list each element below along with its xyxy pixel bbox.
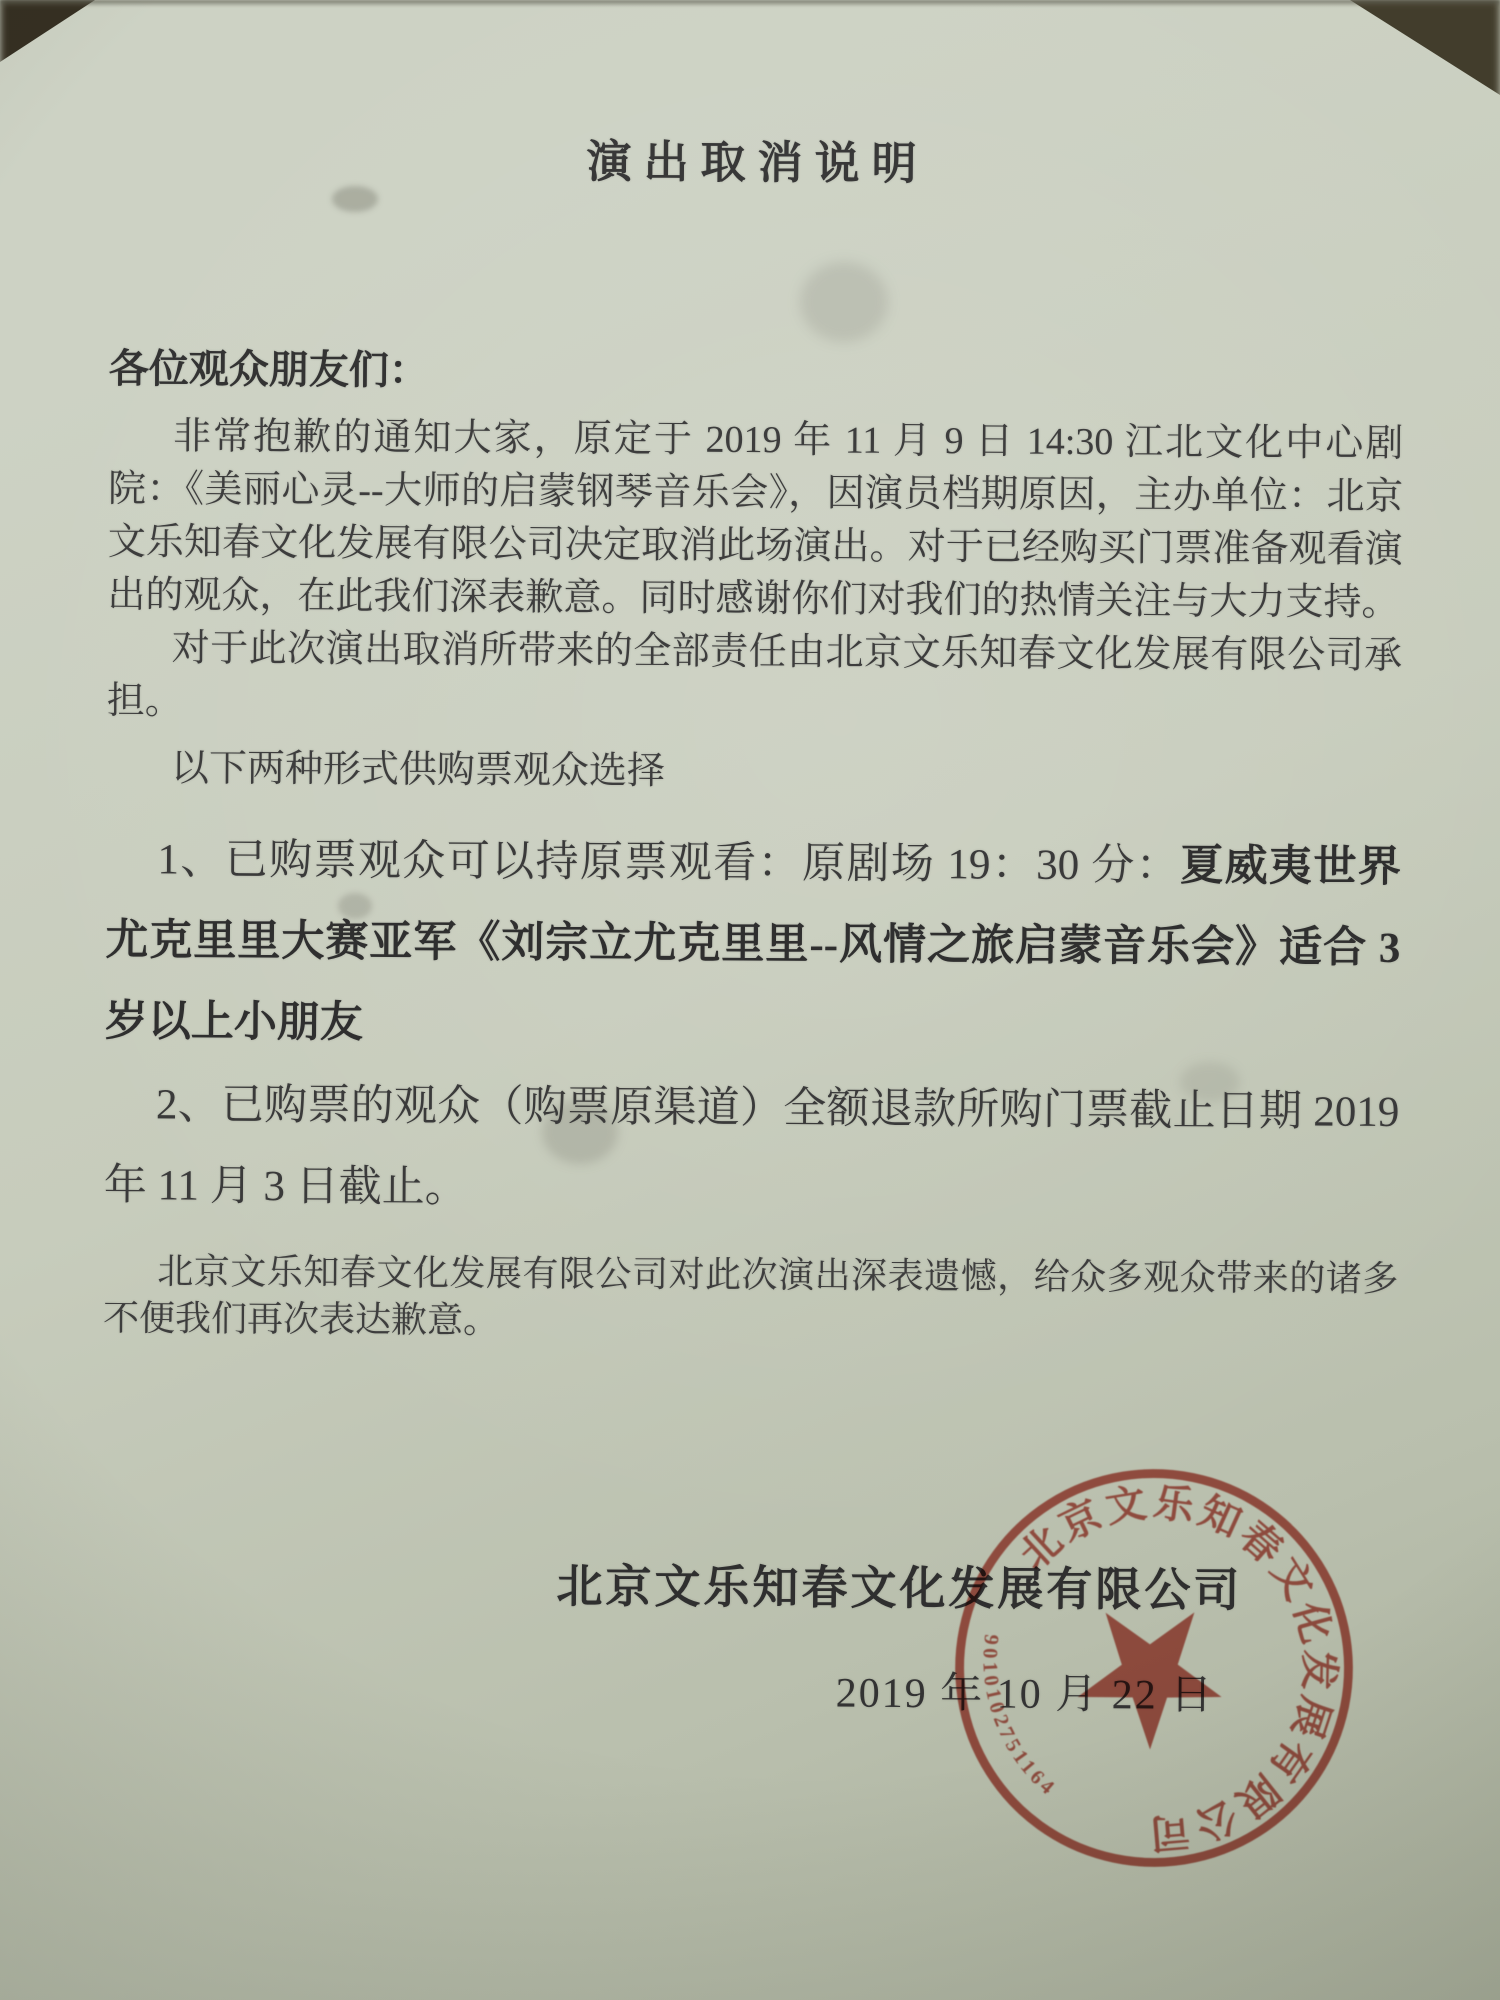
seal-serial-number: 9010102751164 — [923, 1624, 1111, 1802]
seal-star-icon — [1056, 1570, 1252, 1765]
document-title: 演出取消说明 — [110, 122, 1405, 195]
option-2: 2、已购票的观众（购票原渠道）全额退款所购门票截止日期 2019 年 11 月 … — [104, 1064, 1400, 1234]
paragraph-cancellation-notice: 非常抱歉的通知大家，原定于 2019 年 11 月 9 日 14:30 江北文化… — [107, 410, 1403, 630]
option-1: 1、已购票观众可以持原票观看：原剧场 19：30 分：夏威夷世界尤克里里大赛亚军… — [105, 819, 1401, 1070]
photo-edge-shadow-top — [0, 0, 1500, 7]
paragraph-closing-apology: 北京文乐知春文化发展有限公司对此次演出深表遗憾，给众多观众带来的诸多不便我们再次… — [103, 1248, 1399, 1350]
paragraph-responsibility: 对于此次演出取消所带来的全部责任由北京文乐知春文化发展有限公司承担。 — [107, 622, 1403, 736]
salutation: 各位观众朋友们： — [109, 337, 1404, 402]
seal-serial-shape: 9010102751164 — [923, 1624, 1111, 1802]
options-intro: 以下两种形式供购票观众选择 — [106, 742, 1401, 803]
photo-of-document: 演出取消说明 各位观众朋友们： 非常抱歉的通知大家，原定于 2019 年 11 … — [0, 0, 1500, 2000]
option-1-prefix: 1、已购票观众可以持原票观看：原剧场 19：30 分： — [157, 836, 1180, 889]
